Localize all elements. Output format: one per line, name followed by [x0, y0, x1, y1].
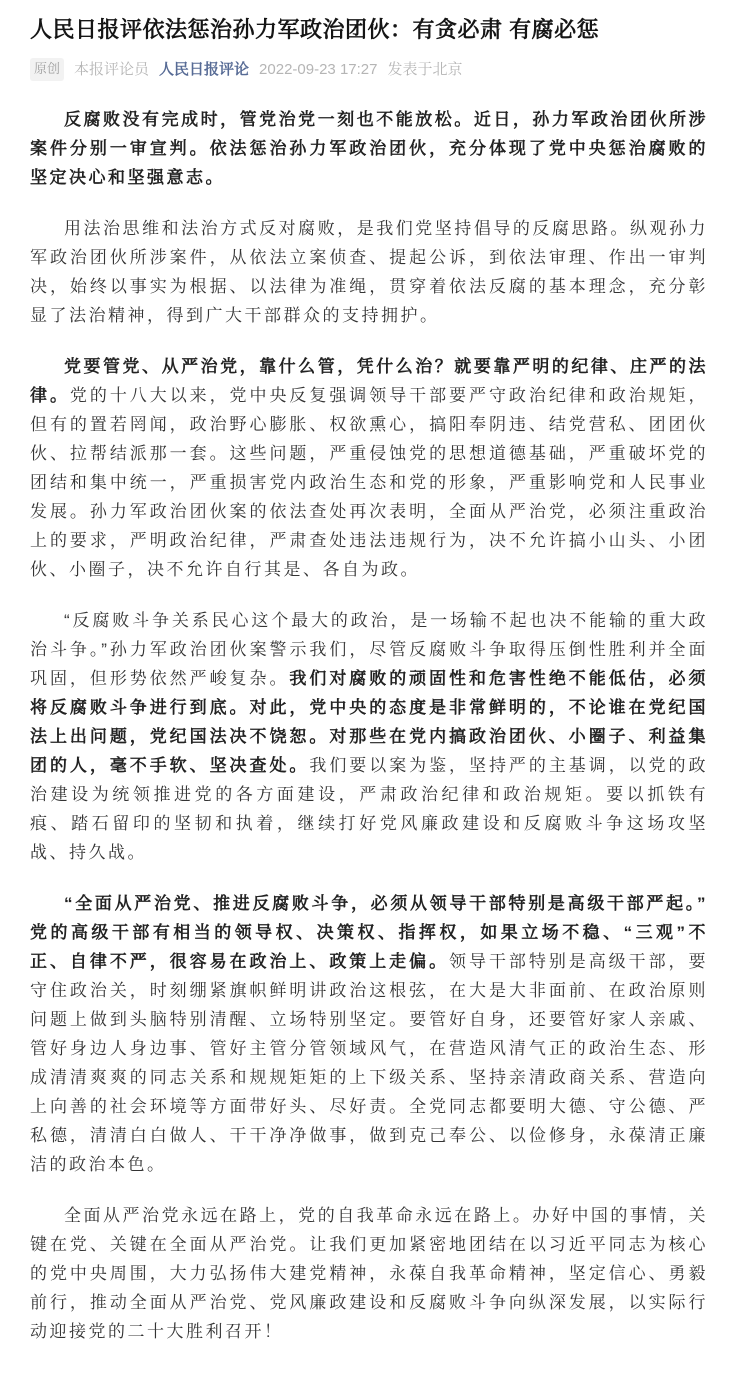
author-name: 本报评论员 [74, 60, 149, 80]
bold-text-segment: 反腐败没有完成时，管党治党一刻也不能放松。近日，孙力军政治团伙所涉案件分别一审宣… [30, 110, 708, 187]
article-paragraph: “全面从严治党、推进反腐败斗争，必须从领导干部特别是高级干部严起。”党的高级干部… [30, 889, 708, 1179]
publish-location: 发表于北京 [387, 60, 462, 80]
account-link[interactable]: 人民日报评论 [159, 60, 249, 80]
article-paragraph: 全面从严治党永远在路上，党的自我革命永远在路上。办好中国的事情，关键在党、关键在… [30, 1201, 708, 1346]
article-content: 反腐败没有完成时，管党治党一刻也不能放松。近日，孙力军政治团伙所涉案件分别一审宣… [30, 105, 708, 1346]
original-badge: 原创 [30, 58, 64, 81]
article-paragraph: 党要管党、从严治党，靠什么管，凭什么治？就要靠严明的纪律、庄严的法律。党的十八大… [30, 352, 708, 584]
publish-time: 2022-09-23 17:27 [259, 60, 377, 80]
article-page: 人民日报评依法惩治孙力军政治团伙：有贪必肃 有腐必惩 原创 本报评论员 人民日报… [0, 0, 738, 1356]
article-paragraph: 反腐败没有完成时，管党治党一刻也不能放松。近日，孙力军政治团伙所涉案件分别一审宣… [30, 105, 708, 192]
article-paragraph: 用法治思维和法治方式反对腐败，是我们党坚持倡导的反腐思路。纵观孙力军政治团伙所涉… [30, 214, 708, 330]
text-segment: 党的十八大以来，党中央反复强调领导干部要严守政治纪律和政治规矩，但有的置若罔闻，… [30, 386, 708, 579]
text-segment: 用法治思维和法治方式反对腐败，是我们党坚持倡导的反腐思路。纵观孙力军政治团伙所涉… [30, 219, 708, 325]
text-segment: 领导干部特别是高级干部，要守住政治关，时刻绷紧旗帜鲜明讲政治这根弦，在大是大非面… [30, 952, 708, 1174]
article-meta: 原创 本报评论员 人民日报评论 2022-09-23 17:27 发表于北京 [30, 58, 708, 81]
article-paragraph: “反腐败斗争关系民心这个最大的政治，是一场输不起也决不能输的重大政治斗争。”孙力… [30, 606, 708, 867]
text-segment: 全面从严治党永远在路上，党的自我革命永远在路上。办好中国的事情，关键在党、关键在… [30, 1206, 708, 1341]
article-title: 人民日报评依法惩治孙力军政治团伙：有贪必肃 有腐必惩 [30, 14, 708, 45]
